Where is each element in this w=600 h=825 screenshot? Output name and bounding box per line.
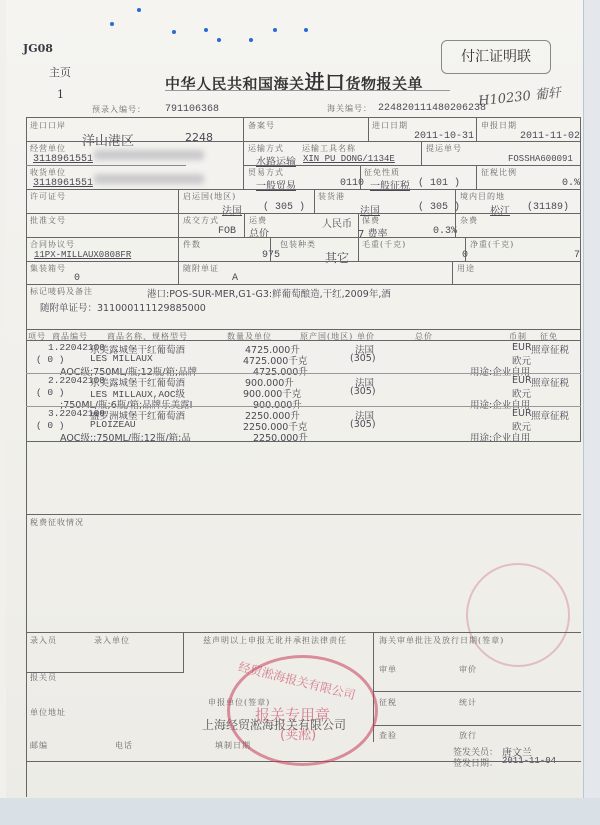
- scan-edge-bottom: [0, 798, 600, 825]
- record-no-label: 备案号: [248, 120, 275, 131]
- seal-bottom-text: (荚淞): [280, 724, 316, 743]
- row-line: [243, 165, 581, 166]
- customs-number: 224820111480206238: [378, 103, 486, 114]
- broker-label: 报关员: [30, 672, 57, 683]
- pieces-label: 件数: [183, 239, 201, 250]
- tax-levy-label: 征税: [379, 697, 397, 708]
- declare-date-label: 申报日期: [481, 120, 517, 131]
- container-no-value: 0: [74, 273, 80, 284]
- goods-currency: EUR: [512, 375, 532, 386]
- package-type-value: 其它: [325, 249, 349, 266]
- release-label: 放行: [459, 730, 477, 741]
- phone-label: 电话: [115, 740, 133, 751]
- goods-currency: EUR: [512, 342, 532, 353]
- goods-origin-code: (305): [350, 419, 376, 430]
- package-type-label: 包装种类: [280, 239, 316, 250]
- tax-ratio-value: 0.%: [562, 178, 580, 189]
- entry-unit-label: 录入单位: [94, 635, 130, 646]
- usage-label: 用途: [457, 263, 475, 274]
- net-weight-label: 净重(千克): [470, 239, 514, 250]
- operating-unit-code: 3118961551: [33, 154, 93, 165]
- row-divider: [26, 373, 581, 374]
- row-line: [26, 261, 581, 262]
- page-number: 1: [57, 88, 64, 101]
- deal-mode-label: 成交方式: [183, 215, 219, 226]
- transport-name-label: 运输工具名称: [302, 143, 356, 154]
- contract-no-label: 合同协议号: [30, 239, 75, 250]
- frame-left: [26, 117, 27, 797]
- import-date-label: 进口日期: [372, 120, 408, 131]
- approval-no-label: 批准文号: [30, 215, 66, 226]
- attached-docs-value: A: [232, 273, 238, 284]
- bill-no-label: 提运单号: [426, 143, 462, 154]
- deal-mode-value: FOB: [218, 226, 236, 237]
- col-line: [421, 141, 422, 165]
- destination-value: 松江: [490, 202, 510, 217]
- attached-docs-label: 随附单证: [183, 263, 219, 274]
- col-line: [244, 213, 245, 237]
- col-line: [358, 237, 359, 261]
- goods-currency: EUR: [512, 408, 532, 419]
- goods-tax: 照章征税: [531, 342, 569, 356]
- perforation-dot: [172, 30, 176, 34]
- pieces-value: 975: [262, 250, 280, 261]
- bill-no-value: FOSSHA600091: [508, 154, 573, 164]
- row-line: [26, 514, 581, 515]
- origin-country-label: 启运国(地区): [183, 191, 236, 202]
- perforation-dot: [110, 22, 114, 26]
- goods-origin-code: (305): [350, 353, 376, 364]
- remarks-line1: 港口:POS-SUR-MER,G1-G3:鲜葡萄酿造,干红,2009年,酒: [147, 286, 391, 300]
- row-line: [26, 329, 581, 330]
- scan-edge: [583, 0, 600, 825]
- title-underline: [165, 90, 450, 91]
- loading-port-label: 装货港: [318, 191, 345, 202]
- copy-label-box: 付汇证明联: [441, 40, 551, 74]
- license-no-label: 许可证号: [30, 191, 66, 202]
- col-line: [476, 117, 477, 141]
- row-line: [26, 117, 581, 118]
- row-line: [26, 284, 581, 285]
- operating-unit-label: 经营单位: [30, 143, 66, 154]
- perforation-dot: [304, 28, 308, 32]
- col-line: [368, 117, 369, 141]
- import-port-label: 进口口岸: [30, 120, 66, 131]
- origin-country-code: ( 305 ): [263, 202, 305, 213]
- goods-tax: 照章征税: [531, 375, 569, 389]
- form-code: JG08: [23, 42, 53, 55]
- col-line: [243, 117, 244, 141]
- col-line: [455, 213, 456, 237]
- row-line: [26, 189, 581, 190]
- import-port-value: 洋山港区: [82, 130, 134, 149]
- col-line: [476, 165, 477, 189]
- perforation-dot: [137, 8, 141, 12]
- remarks-label: 标记唛码及备注: [30, 286, 93, 297]
- row-line: [26, 340, 581, 341]
- row-divider: [26, 406, 581, 407]
- col-line: [314, 189, 315, 213]
- tax-nature-code: ( 101 ): [418, 178, 460, 189]
- remarks-line2: 随附单证号：311000111129885000: [40, 300, 206, 314]
- address-label: 单位地址: [30, 707, 66, 718]
- goods-tax: 照章征税: [531, 408, 569, 422]
- row-line: [26, 237, 581, 238]
- col-line: [465, 237, 466, 261]
- row-line: [373, 725, 581, 726]
- consignee-label: 收货单位: [30, 167, 66, 178]
- perforation-dot: [217, 38, 221, 42]
- misc-fee-label: 杂费: [460, 215, 478, 226]
- signing-date-label: 签发日期：: [453, 756, 498, 769]
- net-weight-value: 7: [574, 250, 580, 261]
- perforation-dot: [204, 28, 208, 32]
- loading-port-code: ( 305 ): [418, 202, 460, 213]
- gross-weight-label: 毛重(千克): [362, 239, 406, 250]
- col-line: [270, 237, 271, 261]
- row-line: [26, 165, 186, 166]
- customs-no-label: 海关编号：: [327, 103, 372, 114]
- consignee-code: 3118961551: [33, 178, 93, 189]
- review-label: 审单: [379, 664, 397, 675]
- redacted-consignee: [94, 174, 204, 184]
- row-line: [26, 441, 581, 442]
- pre-entry-number: 791106368: [165, 104, 219, 115]
- entry-clerk-label: 录入员: [30, 635, 57, 646]
- col-line: [360, 165, 361, 189]
- col-line: [452, 261, 453, 285]
- row-line: [373, 691, 581, 692]
- tax-ratio-label: 征税比例: [481, 167, 517, 178]
- destination-label: 境内目的地: [460, 191, 505, 202]
- postcode-label: 邮编: [30, 740, 48, 751]
- origin-country-value: 法国: [222, 202, 242, 217]
- perforation-dot: [249, 38, 253, 42]
- col-line: [183, 632, 184, 672]
- customs-seal-faint: [466, 563, 570, 667]
- declaration-statement: 兹声明以上申报无讹并承担法律责任: [203, 635, 347, 646]
- container-no-label: 集装箱号: [30, 263, 66, 274]
- goods-name2: LES MILLAUX: [90, 353, 153, 364]
- row-line: [26, 213, 581, 214]
- perforation-dot: [273, 28, 277, 32]
- copy-type: 主页: [49, 64, 71, 80]
- row-line: [26, 632, 581, 633]
- import-port-code: 2248: [185, 131, 213, 144]
- pricing-label: 审价: [459, 664, 477, 675]
- contract-no-value: 11PX-MILLAUX0808FR: [34, 250, 131, 260]
- inspection-label: 查验: [379, 730, 397, 741]
- goods-origin-code: (305): [350, 386, 376, 397]
- statistics-label: 统计: [459, 697, 477, 708]
- insurance-rate: 0.3%: [433, 226, 457, 237]
- goods-name2: PLOIZEAU: [90, 419, 136, 430]
- tax-section-label: 税费征收情况: [30, 517, 84, 528]
- redacted-operating-unit: [94, 150, 204, 160]
- transport-name-value: XIN PU DONG/1134E: [303, 154, 395, 164]
- customs-approval-label: 海关审单批注及放行日期(签章): [379, 635, 504, 646]
- freight-currency: 人民币: [322, 215, 352, 230]
- pre-entry-label: 预录入编号：: [92, 104, 146, 115]
- seal-mid-text: 报关专用章: [255, 704, 330, 725]
- col-line: [455, 189, 456, 213]
- row-line: [26, 141, 581, 142]
- destination-code: (31189): [527, 202, 569, 213]
